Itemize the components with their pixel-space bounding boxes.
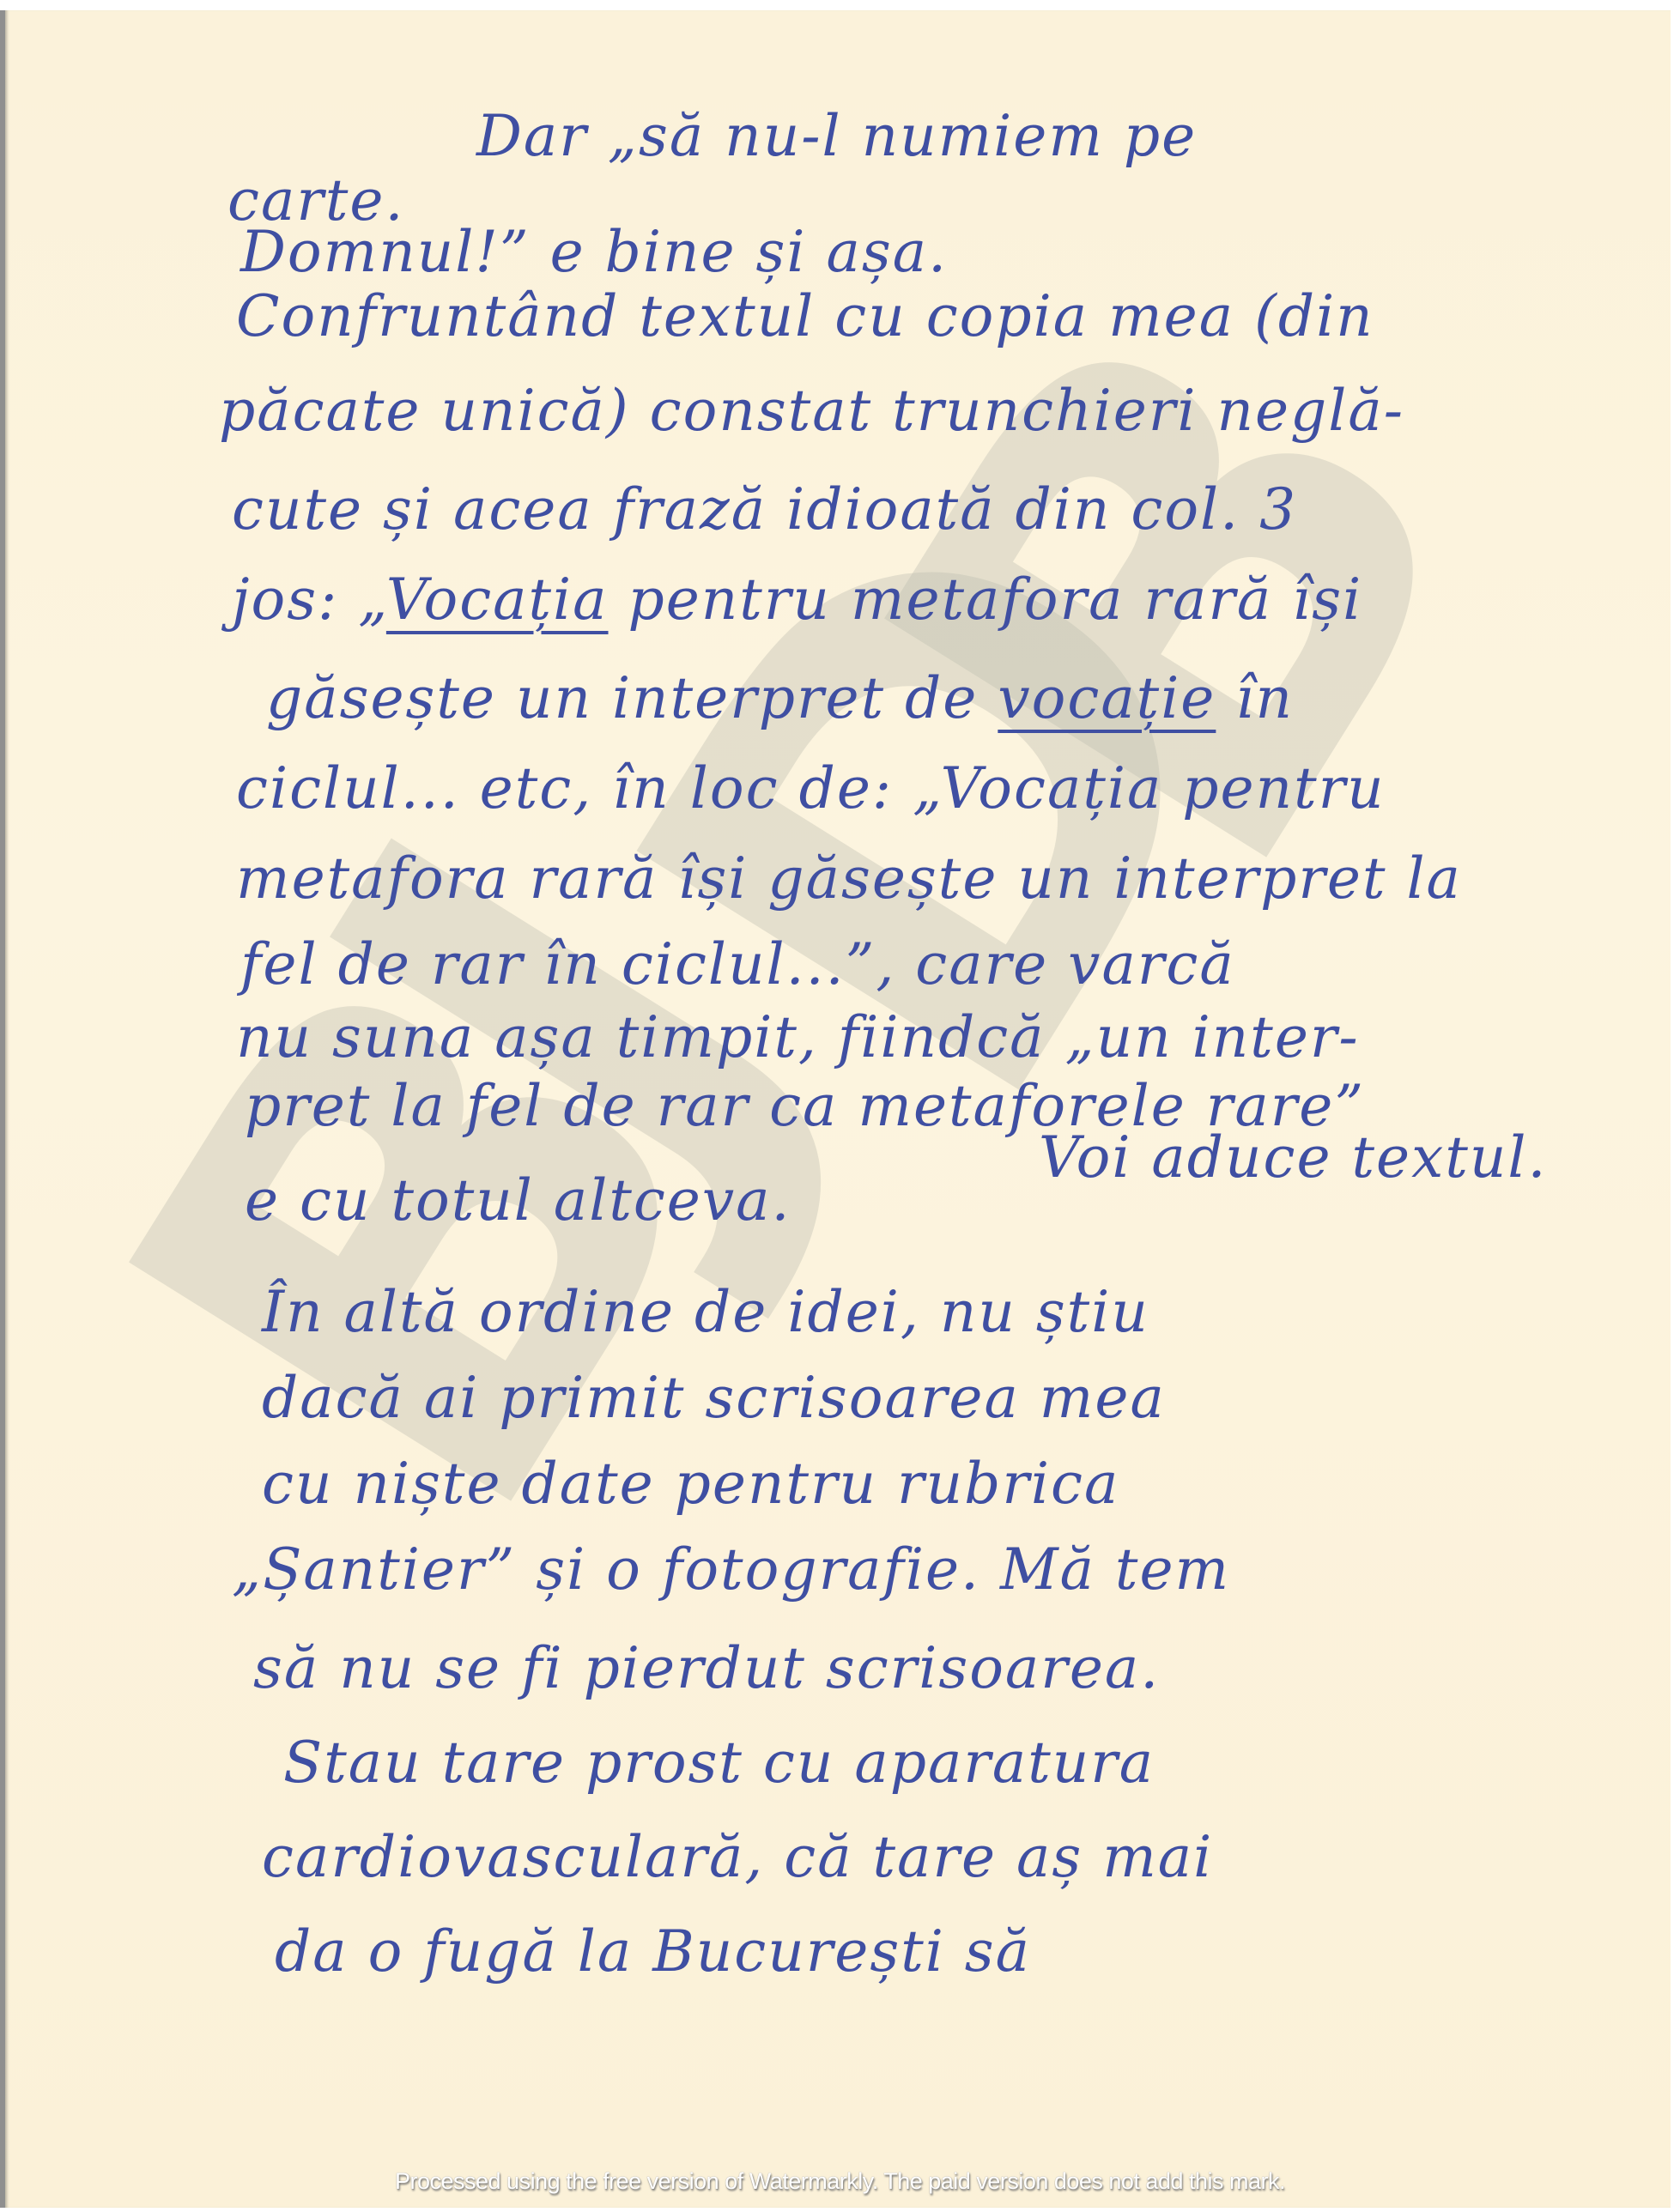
handwritten-line: să nu se fi pierdut scrisoarea. bbox=[253, 1635, 1160, 1701]
handwritten-line: găsește un interpret de vocație în bbox=[266, 665, 1294, 731]
handwritten-line: metafora rară își găsește un interpret l… bbox=[236, 845, 1462, 912]
handwritten-line: Confruntând textul cu copia mea (din bbox=[236, 283, 1374, 349]
handwritten-line: Voi aduce textul. bbox=[1039, 1124, 1547, 1191]
handwritten-line: fel de rar în ciclul...”, care varcă bbox=[240, 931, 1235, 997]
handwritten-line: cu niște date pentru rubrica bbox=[262, 1451, 1119, 1517]
handwritten-text: Dar „să nu-l numiem pecarte.Domnul!” e b… bbox=[0, 0, 1680, 2212]
handwritten-line: e cu totul altceva. bbox=[245, 1167, 791, 1233]
handwritten-line: În altă ordine de idei, nu știu bbox=[262, 1279, 1149, 1345]
handwritten-line: jos: „Vocația pentru metafora rară își bbox=[232, 567, 1362, 633]
handwritten-line: „Șantier” și o fotografie. Mă tem bbox=[232, 1536, 1230, 1603]
watermarkly-notice: Processed using the free version of Wate… bbox=[0, 2168, 1680, 2195]
handwritten-line: cute și acea frază idioată din col. 3 bbox=[232, 476, 1297, 542]
handwritten-line: Domnul!” e bine și așa. bbox=[240, 219, 948, 285]
handwritten-line: dacă ai primit scrisoarea mea bbox=[262, 1365, 1166, 1431]
underlined-word: vocație bbox=[998, 665, 1216, 731]
underlined-word: Vocația bbox=[386, 567, 609, 633]
handwritten-line: da o fugă la București să bbox=[275, 1918, 1031, 1985]
handwritten-line: păcate unică) constat trunchieri neglă- bbox=[219, 378, 1404, 444]
handwritten-line: Stau tare prost cu aparatura bbox=[283, 1730, 1155, 1796]
handwritten-line: cardiovasculară, că tare aș mai bbox=[262, 1824, 1213, 1890]
handwritten-line: nu suna așa timpit, fiindcă „un inter- bbox=[236, 1004, 1360, 1070]
handwritten-line: Dar „să nu-l numiem pe bbox=[476, 103, 1197, 169]
handwritten-line: ciclul... etc, în loc de: „Vocația pentr… bbox=[236, 755, 1386, 821]
